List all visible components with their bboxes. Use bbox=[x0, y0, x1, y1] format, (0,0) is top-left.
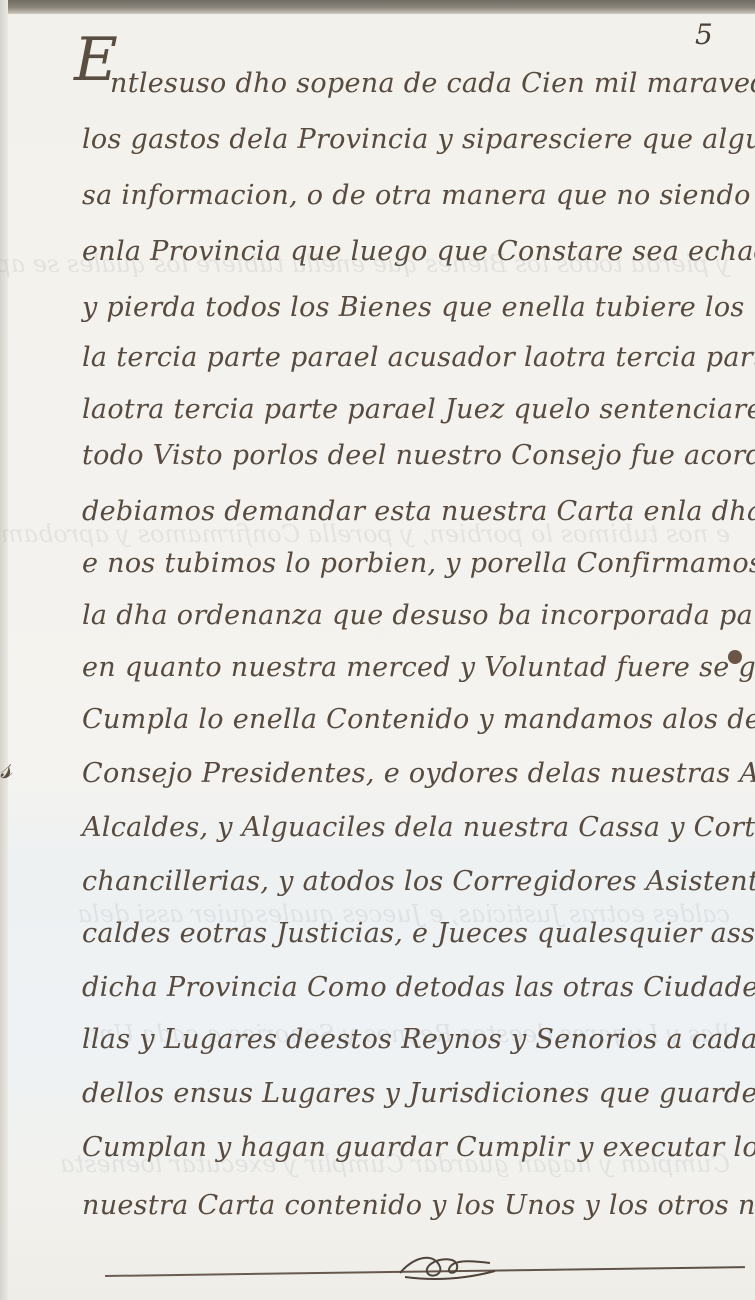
text-line: dicha Provincia Como detodas las otras C… bbox=[82, 972, 755, 1003]
text-line: en quanto nuestra merced y Voluntad fuer… bbox=[82, 652, 755, 683]
text-line: dellos ensus Lugares y Jurisdiciones que… bbox=[82, 1078, 755, 1109]
margin-flourish-icon: 𝓈 bbox=[0, 748, 12, 787]
text-line: la dha ordenanza que desuso ba incorpora… bbox=[82, 600, 755, 631]
text-line: enla Provincia que luego que Constare se… bbox=[82, 236, 755, 267]
page-number: 5 bbox=[695, 18, 713, 51]
text-line: sa informacion, o de otra manera que no … bbox=[82, 180, 755, 211]
text-line: la tercia parte parael acusador laotra t… bbox=[82, 342, 755, 373]
text-line: todo Visto porlos deel nuestro Consejo f… bbox=[82, 440, 755, 471]
text-line: los gastos dela Provincia y siparesciere… bbox=[82, 124, 755, 155]
text-line: Alcaldes, y Alguaciles dela nuestra Cass… bbox=[82, 812, 755, 843]
text-line: nuestra Carta contenido y los Unos y los… bbox=[82, 1190, 755, 1221]
text-line: chancillerias, y atodos los Corregidores… bbox=[82, 866, 755, 897]
text-line: ntlesuso dho sopena de cada Cien mil mar… bbox=[110, 68, 755, 99]
text-line: Consejo Presidentes, e oydores delas nue… bbox=[82, 758, 755, 789]
text-line: Cumpla lo enella Contenido y mandamos al… bbox=[82, 704, 755, 735]
ink-blot-icon bbox=[728, 650, 742, 664]
page-top-edge bbox=[0, 0, 755, 14]
text-line: y pierda todos los Bienes que enella tub… bbox=[82, 292, 755, 323]
text-line: llas y Lugares deestos Reynos y Senorios… bbox=[82, 1024, 755, 1055]
manuscript-page: y pierda todos los Bienes que enella tub… bbox=[0, 0, 755, 1300]
page-left-edge bbox=[0, 0, 8, 1300]
text-line: e nos tubimos lo porbien, y porella Conf… bbox=[82, 548, 755, 579]
text-line: debiamos demandar esta nuestra Carta enl… bbox=[82, 496, 755, 527]
text-line: caldes eotras Justicias, e Jueces quales… bbox=[82, 918, 755, 949]
text-line: Cumplan y hagan guardar Cumplir y execut… bbox=[82, 1132, 755, 1163]
text-line: laotra tercia parte parael Juez quelo se… bbox=[82, 394, 755, 425]
signature-rubric-icon bbox=[395, 1245, 505, 1285]
